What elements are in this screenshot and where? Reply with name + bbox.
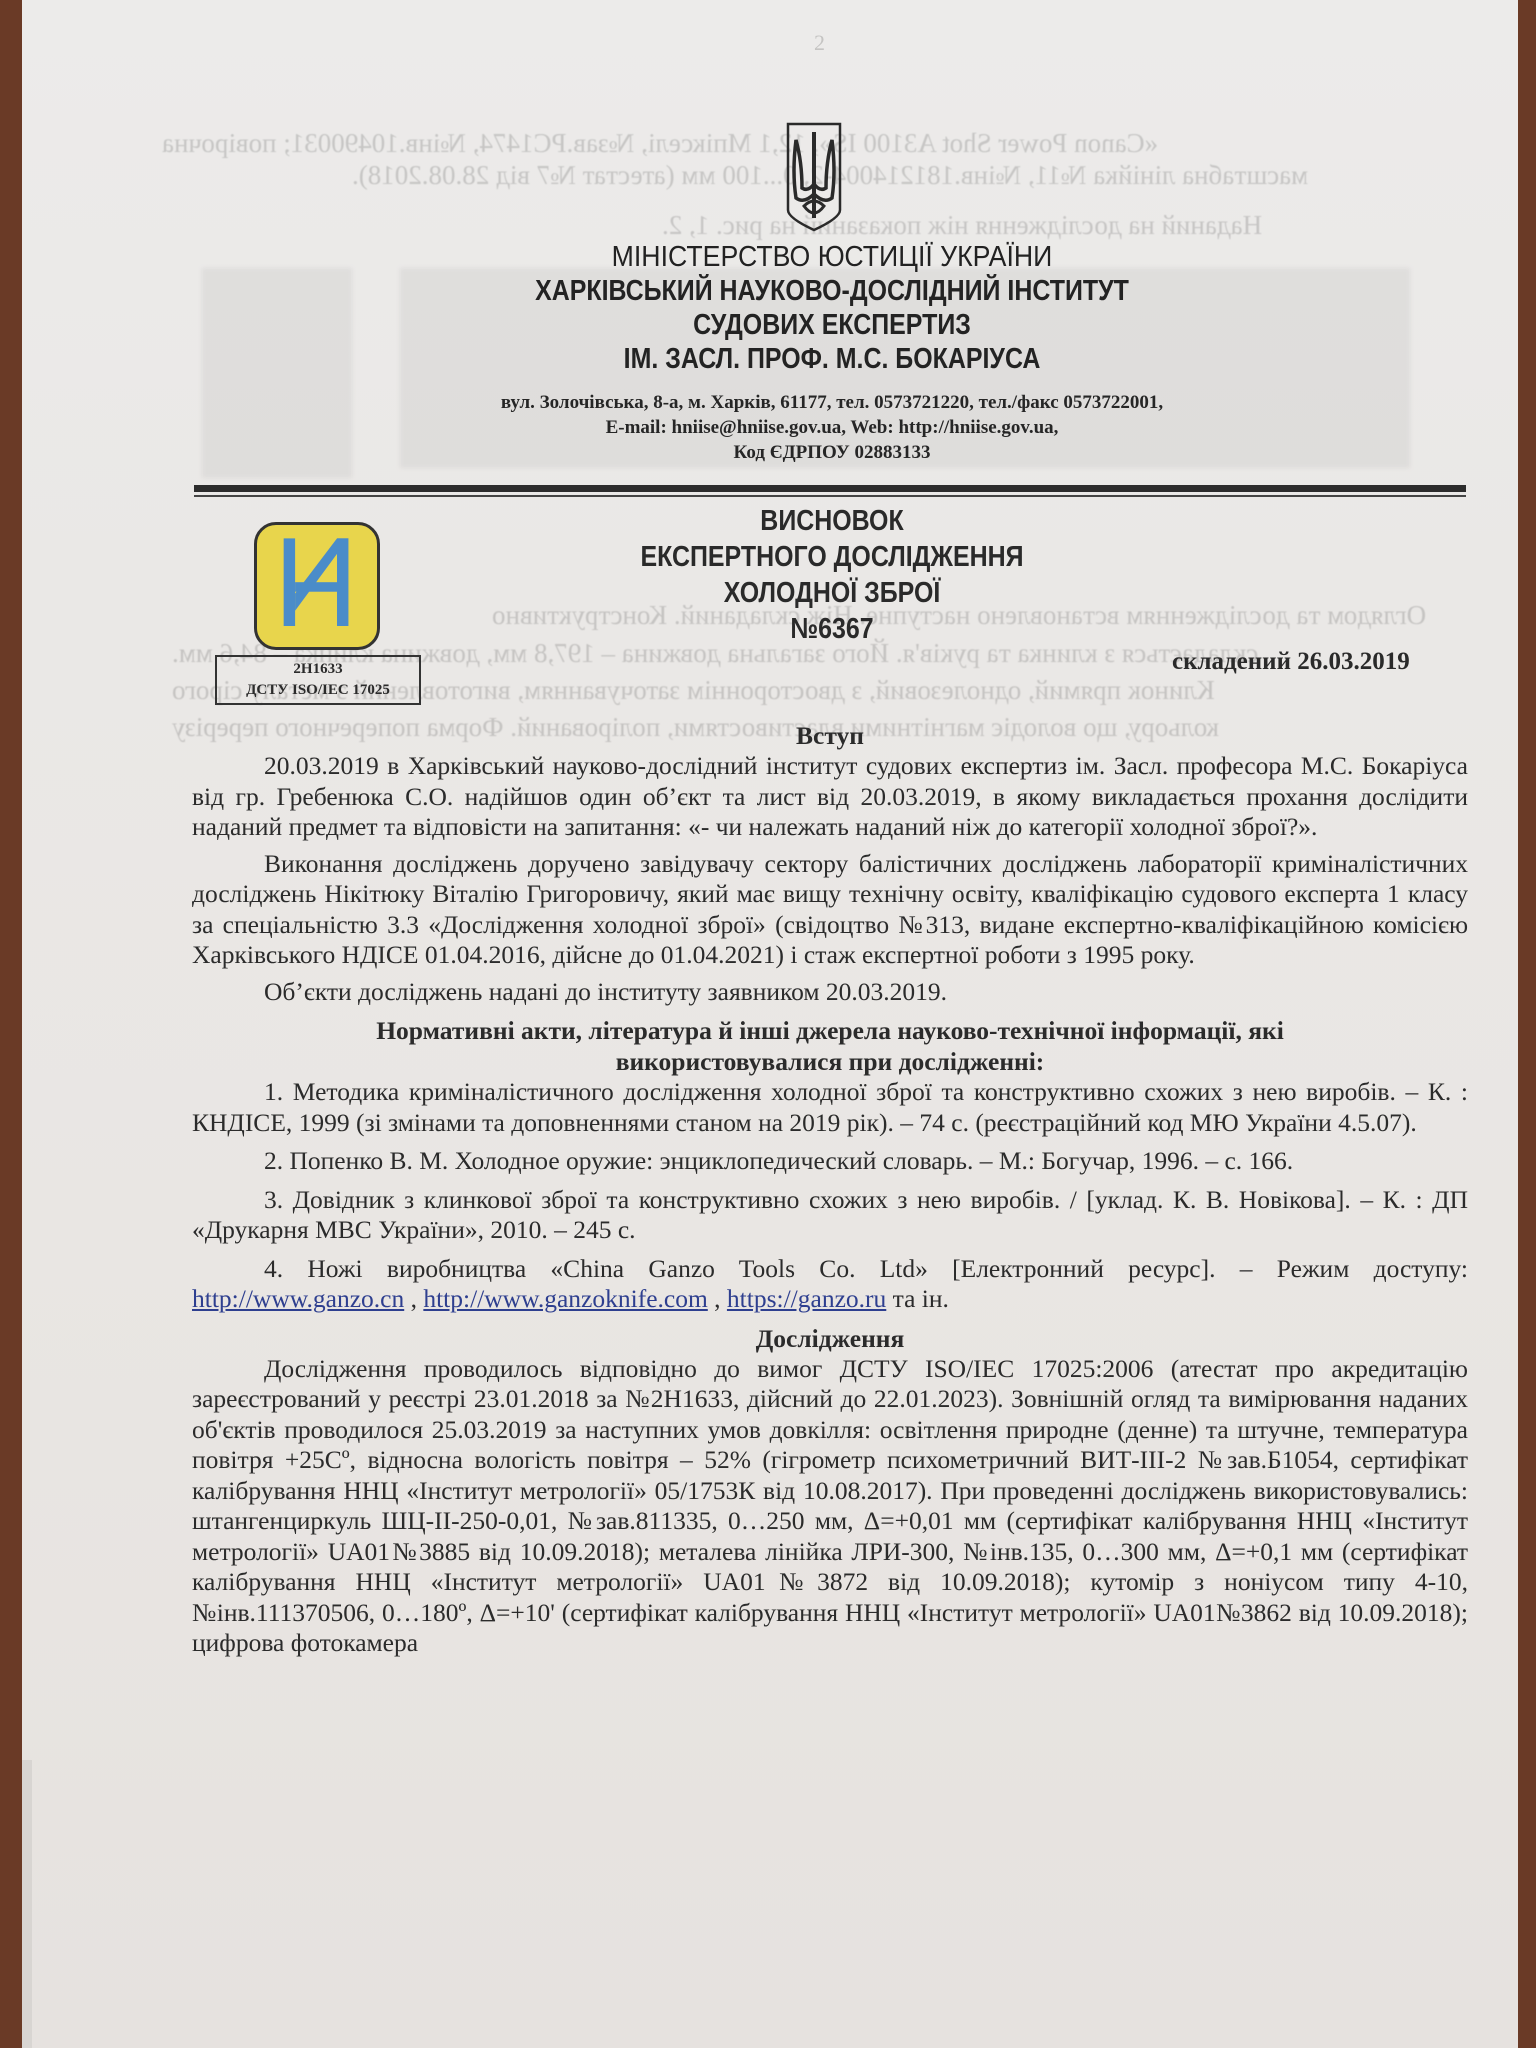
title-line: ХОЛОДНОЇ ЗБРОЇ xyxy=(617,575,1047,611)
ganzo-ru-link[interactable]: https://ganzo.ru xyxy=(727,1284,886,1313)
institution-header: МІНІСТЕРСТВО ЮСТИЦІЇ УКРАЇНИ ХАРКІВСЬКИЙ… xyxy=(192,240,1472,465)
reverse-side-text: «Canon Power Shot A3100 IS», 12,1 Мпіксе… xyxy=(162,128,1158,159)
institute-edrpou: Код ЄДРПОУ 02883133 xyxy=(192,440,1472,465)
link-separator: , xyxy=(404,1284,423,1313)
composed-date: складений 26.03.2019 xyxy=(1172,648,1410,676)
reference-item: 2. Попенко В. М. Холодное оружие: энцикл… xyxy=(192,1146,1468,1177)
institute-email-web: E-mail: hniise@hniise.gov.ua, Web: http:… xyxy=(192,415,1472,440)
reference-item: 4. Ножі виробництва «China Ganzo Tools C… xyxy=(192,1254,1468,1315)
institute-name-line: СУДОВИХ ЕКСПЕРТИЗ xyxy=(282,308,1383,342)
intro-paragraph: Об’єкти досліджень надані до інституту з… xyxy=(192,977,1468,1008)
trident-coat-of-arms-icon xyxy=(786,122,842,232)
accreditation-standard: ДСТУ ISO/IEC 17025 xyxy=(217,680,419,701)
document-page: «Canon Power Shot A3100 IS», 12,1 Мпіксе… xyxy=(22,0,1518,2048)
accreditation-number: 2H1633 xyxy=(217,659,419,680)
title-line: ВИСНОВОК xyxy=(617,503,1047,539)
ganzoknife-link[interactable]: http://www.ganzoknife.com xyxy=(423,1284,707,1313)
research-heading: Дослідження xyxy=(192,1323,1468,1354)
reference-item: 3. Довідник з клинкової зброї та констру… xyxy=(192,1185,1468,1246)
intro-paragraph: 20.03.2019 в Харківський науково-дослідн… xyxy=(192,751,1468,843)
institute-name-line: ХАРКІВСЬКИЙ НАУКОВО-ДОСЛІДНИЙ ІНСТИТУТ xyxy=(282,274,1383,308)
references-heading: використовувалися при дослідженні: xyxy=(192,1046,1468,1077)
links-tail: та ін. xyxy=(886,1284,949,1313)
reference-item-text: 4. Ножі виробництва «China Ganzo Tools C… xyxy=(264,1254,1468,1283)
intro-heading: Вступ xyxy=(192,720,1468,751)
page-number: 2 xyxy=(814,30,825,56)
page-edge xyxy=(22,1760,32,2048)
document-number: №6367 xyxy=(617,611,1047,647)
document-title: ВИСНОВОК ЕКСПЕРТНОГО ДОСЛІДЖЕННЯ ХОЛОДНО… xyxy=(617,503,1047,647)
reverse-side-text: Наданий на дослідження ніж показаний на … xyxy=(662,210,1262,241)
link-separator: , xyxy=(708,1284,727,1313)
header-divider xyxy=(194,485,1466,497)
accreditation-box: 2H1633 ДСТУ ISO/IEC 17025 xyxy=(215,655,421,705)
document-body: Вступ 20.03.2019 в Харківський науково-д… xyxy=(192,720,1468,1665)
institute-name-line: ІМ. ЗАСЛ. ПРОФ. М.С. БОКАРІУСА xyxy=(282,342,1383,376)
references-heading: Нормативні акти, література й інші джере… xyxy=(192,1015,1468,1046)
title-line: ЕКСПЕРТНОГО ДОСЛІДЖЕННЯ xyxy=(617,539,1047,575)
institute-address: вул. Золочівська, 8-а, м. Харків, 61177,… xyxy=(192,390,1472,415)
ministry-name: МІНІСТЕРСТВО ЮСТИЦІЇ УКРАЇНИ xyxy=(243,240,1421,274)
research-paragraph: Дослідження проводилось відповідно до ви… xyxy=(192,1354,1468,1659)
ganzo-cn-link[interactable]: http://www.ganzo.cn xyxy=(192,1284,404,1313)
reference-item: 1. Методика криміналістичного дослідженн… xyxy=(192,1077,1468,1138)
intro-paragraph: Виконання досліджень доручено завідувачу… xyxy=(192,849,1468,971)
national-accreditation-agency-logo-icon xyxy=(254,522,380,650)
